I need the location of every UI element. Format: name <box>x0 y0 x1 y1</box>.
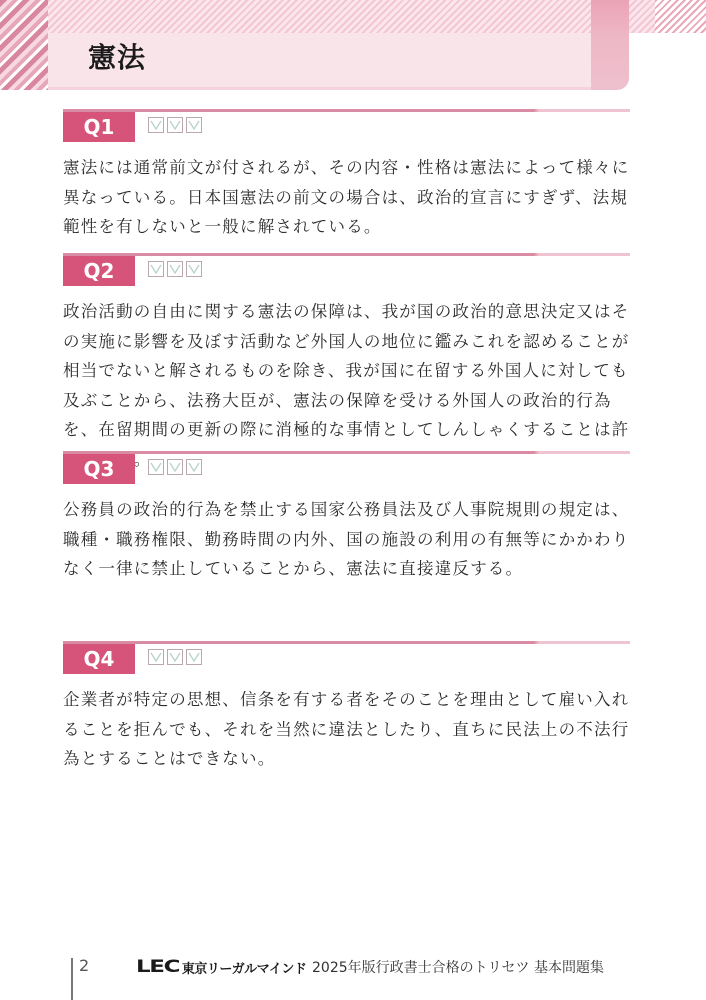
checkbox[interactable] <box>167 649 183 665</box>
check-icon <box>188 651 200 663</box>
checkbox[interactable] <box>186 459 202 475</box>
review-checkboxes <box>148 261 202 277</box>
title-bar-extension <box>438 33 591 90</box>
section-rule <box>63 641 630 644</box>
checkbox[interactable] <box>186 261 202 277</box>
question-text: 公務員の政治的行為を禁止する国家公務員法及び人事院規則の規定は、職種・職務権限、… <box>63 495 643 584</box>
check-icon <box>188 119 200 131</box>
question-text: 政治活動の自由に関する憲法の保障は、我が国の政治的意思決定又はその実施に影響を及… <box>63 297 643 474</box>
page-number: 2 <box>79 956 89 975</box>
title-tab <box>591 0 629 90</box>
check-icon <box>169 651 181 663</box>
question-text: 憲法には通常前文が付されるが、その内容・性格は憲法によって様々に異なっている。日… <box>63 153 643 242</box>
section-rule <box>63 451 630 454</box>
checkbox[interactable] <box>186 117 202 133</box>
checkbox[interactable] <box>167 459 183 475</box>
checkbox[interactable] <box>148 459 164 475</box>
lec-logo-mark: LEC <box>136 957 179 977</box>
check-icon <box>150 119 162 131</box>
review-checkboxes <box>148 459 202 475</box>
review-checkboxes <box>148 649 202 665</box>
header-stripe-right <box>655 0 706 33</box>
checkbox[interactable] <box>148 117 164 133</box>
check-icon <box>169 119 181 131</box>
check-icon <box>169 461 181 473</box>
checkbox[interactable] <box>148 261 164 277</box>
checkbox[interactable] <box>167 117 183 133</box>
check-icon <box>150 461 162 473</box>
question-label: Q2 <box>63 256 135 286</box>
question-label: Q3 <box>63 454 135 484</box>
header-stripe-left <box>0 0 48 90</box>
checkbox[interactable] <box>186 649 202 665</box>
publisher-logo: LEC 東京リーガルマインド <box>136 957 306 977</box>
check-icon <box>188 461 200 473</box>
check-icon <box>188 263 200 275</box>
check-icon <box>169 263 181 275</box>
question-text: 企業者が特定の思想、信条を有する者をそのことを理由として雇い入れることを拒んでも… <box>63 685 643 774</box>
checkbox[interactable] <box>148 649 164 665</box>
page-title: 憲法 <box>88 36 146 76</box>
question-label: Q1 <box>63 112 135 142</box>
question-label: Q4 <box>63 644 135 674</box>
book-title: 2025年版行政書士合格のトリセツ 基本問題集 <box>312 957 604 977</box>
check-icon <box>150 263 162 275</box>
footer-divider <box>71 958 73 1000</box>
section-rule <box>63 253 630 256</box>
review-checkboxes <box>148 117 202 133</box>
check-icon <box>150 651 162 663</box>
checkbox[interactable] <box>167 261 183 277</box>
publisher-name: 東京リーガルマインド <box>182 958 306 977</box>
section-rule <box>63 109 630 112</box>
